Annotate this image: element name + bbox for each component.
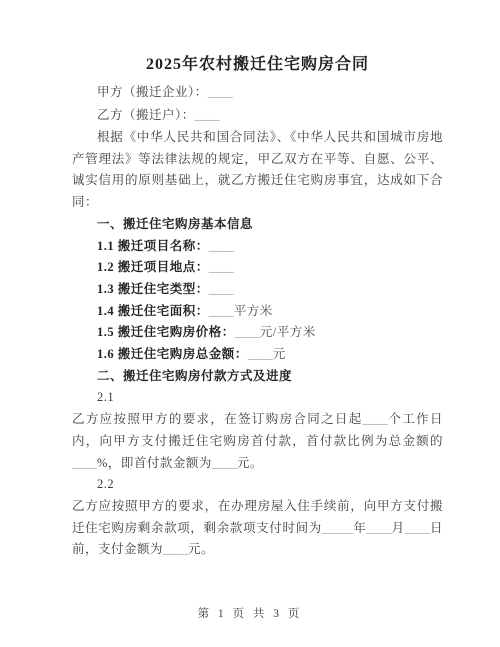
party-b-line: 乙方（搬迁户）：____: [72, 104, 443, 127]
item-1-5-suffix: 元/平方米: [260, 325, 316, 339]
contract-item-1-2: 1.2 搬迁项目地点：____: [72, 257, 443, 279]
item-1-1-blank: ____: [209, 239, 234, 253]
item-1-5-blank: ____: [235, 325, 260, 339]
clause-2-2-number: 2.2: [72, 474, 443, 496]
item-1-3-label: 1.3 搬迁住宅类型：: [97, 282, 209, 296]
item-1-5-label: 1.5 搬迁住宅购房价格：: [97, 325, 235, 339]
party-a-line: 甲方（搬迁企业）：____: [72, 81, 443, 104]
contract-item-1-4: 1.4 搬迁住宅面积：____平方米: [72, 301, 443, 323]
item-1-2-blank: ____: [209, 260, 234, 274]
page-footer: 第 1 页 共 3 页: [0, 605, 500, 621]
inline-blank: ____: [405, 521, 430, 535]
clause-2-1-number: 2.1: [72, 387, 443, 409]
clause-2-2-text: 乙方应按照甲方的要求，在办理房屋入住手续前，向甲方支付搬迁住宅购房剩余款项，剩余…: [72, 496, 443, 561]
contract-item-1-6: 1.6 搬迁住宅购房总金额：____元: [72, 344, 443, 366]
item-1-4-label: 1.4 搬迁住宅面积：: [97, 304, 209, 318]
party-a-blank: ____: [208, 85, 233, 99]
clause-2-1-text: 乙方应按照甲方的要求，在签订购房合同之日起____个工作日内，向甲方支付搬迁住宅…: [72, 409, 443, 474]
inline-blank: ____: [366, 521, 391, 535]
inline-blank: ____: [163, 542, 188, 556]
party-b-label: 乙方（搬迁户）：: [97, 108, 195, 122]
document-page: 2025年农村搬迁住宅购房合同 甲方（搬迁企业）：____ 乙方（搬迁户）：__…: [0, 0, 500, 647]
item-1-6-suffix: 元: [273, 347, 286, 361]
party-a-label: 甲方（搬迁企业）：: [97, 85, 208, 99]
item-1-4-blank: ____: [209, 304, 234, 318]
inline-blank: ____: [363, 412, 388, 426]
contract-item-1-3: 1.3 搬迁住宅类型：____: [72, 279, 443, 301]
contract-preamble: 根据《中华人民共和国合同法》、《中华人民共和国城市房地产管理法》等法律法规的规定…: [72, 127, 443, 214]
item-1-2-label: 1.2 搬迁项目地点：: [97, 260, 209, 274]
inline-blank: ____: [212, 456, 237, 470]
section-1-heading: 一、搬迁住宅购房基本信息: [72, 214, 443, 236]
item-1-6-blank: ____: [248, 347, 273, 361]
document-content: 2025年农村搬迁住宅购房合同 甲方（搬迁企业）：____ 乙方（搬迁户）：__…: [0, 0, 500, 561]
inline-blank: _____: [322, 521, 353, 535]
item-1-6-label: 1.6 搬迁住宅购房总金额：: [97, 347, 248, 361]
item-1-3-blank: ____: [209, 282, 234, 296]
inline-blank: ____: [72, 456, 97, 470]
contract-item-1-1: 1.1 搬迁项目名称：____: [72, 236, 443, 258]
contract-item-1-5: 1.5 搬迁住宅购房价格：____元/平方米: [72, 322, 443, 344]
item-1-1-label: 1.1 搬迁项目名称：: [97, 239, 209, 253]
item-1-4-suffix: 平方米: [234, 304, 273, 318]
section-2-heading: 二、搬迁住宅购房付款方式及进度: [72, 366, 443, 388]
document-title: 2025年农村搬迁住宅购房合同: [72, 55, 443, 75]
party-b-blank: ____: [195, 108, 220, 122]
